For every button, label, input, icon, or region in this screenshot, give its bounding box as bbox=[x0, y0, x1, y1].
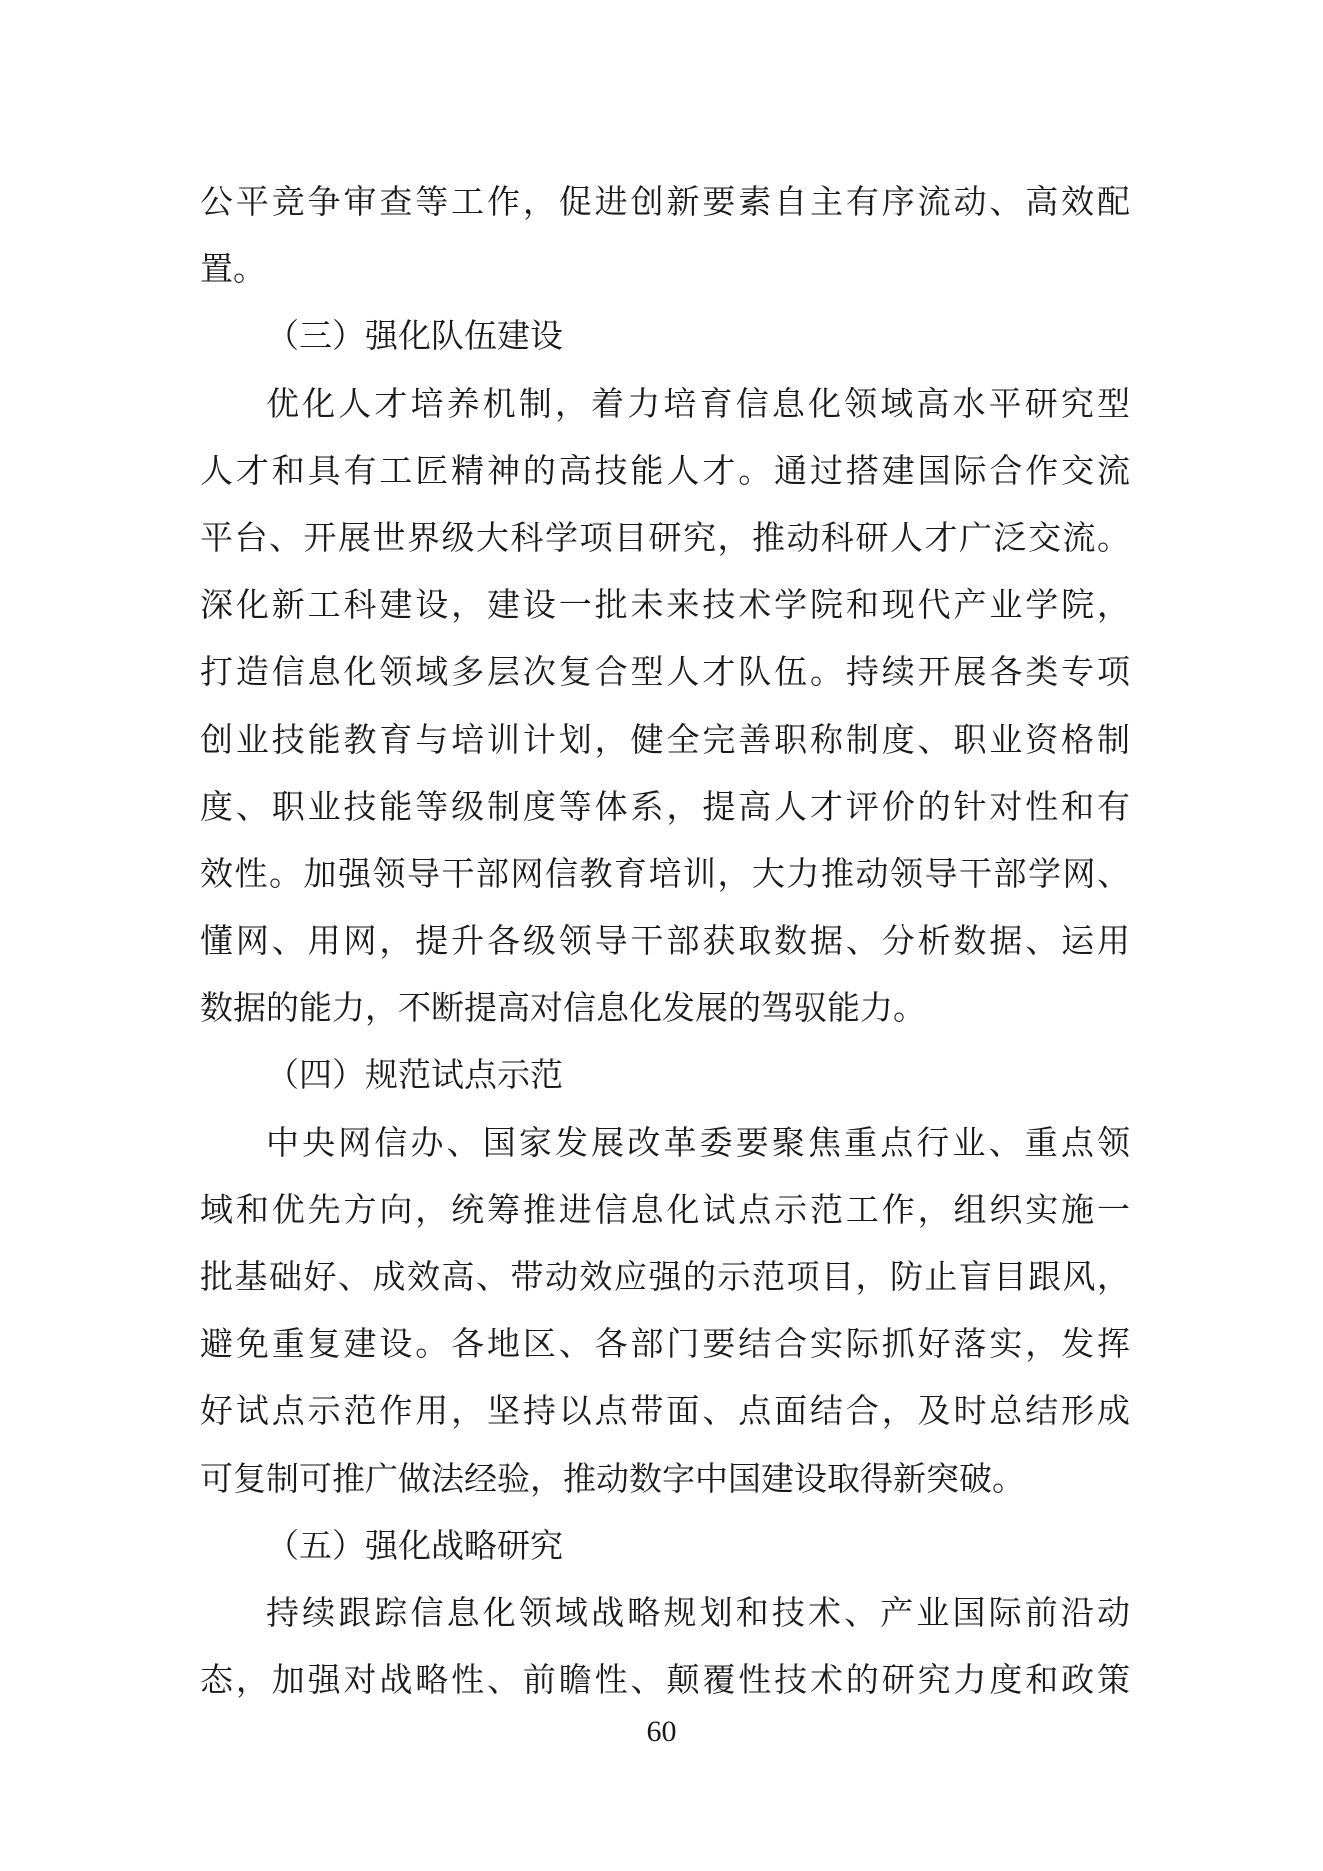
document-page: 公平竞争审查等工作，促进创新要素自主有序流动、高效配 置。 （三）强化队伍建设 … bbox=[200, 168, 1130, 1713]
paragraph-line: 数据的能力，不断提高对信息化发展的驾驭能力。 bbox=[200, 974, 1130, 1041]
paragraph-line: 度、职业技能等级制度等体系，提高人才评价的针对性和有 bbox=[200, 773, 1130, 840]
paragraph-line: 效性。加强领导干部网信教育培训，大力推动领导干部学网、 bbox=[200, 840, 1130, 907]
paragraph-line: 态，加强对战略性、前瞻性、颠覆性技术的研究力度和政策 bbox=[200, 1646, 1130, 1713]
section-heading-5: （五）强化战略研究 bbox=[200, 1512, 1130, 1579]
paragraph-line: 人才和具有工匠精神的高技能人才。通过搭建国际合作交流 bbox=[200, 437, 1130, 504]
paragraph-line: 好试点示范作用，坚持以点带面、点面结合，及时总结形成 bbox=[200, 1377, 1130, 1444]
paragraph-line: 打造信息化领域多层次复合型人才队伍。持续开展各类专项 bbox=[200, 638, 1130, 705]
section-heading-4: （四）规范试点示范 bbox=[200, 1041, 1130, 1108]
paragraph-line: 避免重复建设。各地区、各部门要结合实际抓好落实，发挥 bbox=[200, 1310, 1130, 1377]
section-heading-3: （三）强化队伍建设 bbox=[200, 302, 1130, 369]
paragraph-line: 中央网信办、国家发展改革委要聚焦重点行业、重点领 bbox=[200, 1109, 1130, 1176]
page-number: 60 bbox=[0, 1715, 1323, 1749]
paragraph-line: 持续跟踪信息化领域战略规划和技术、产业国际前沿动 bbox=[200, 1579, 1130, 1646]
paragraph-line: 批基础好、成效高、带动效应强的示范项目，防止盲目跟风， bbox=[200, 1243, 1130, 1310]
paragraph-line: 平台、开展世界级大科学项目研究，推动科研人才广泛交流。 bbox=[200, 504, 1130, 571]
paragraph-line: 深化新工科建设，建设一批未来技术学院和现代产业学院， bbox=[200, 571, 1130, 638]
paragraph-line: 可复制可推广做法经验，推动数字中国建设取得新突破。 bbox=[200, 1445, 1130, 1512]
paragraph-line: 懂网、用网，提升各级领导干部获取数据、分析数据、运用 bbox=[200, 907, 1130, 974]
paragraph-line: 优化人才培养机制，着力培育信息化领域高水平研究型 bbox=[200, 370, 1130, 437]
paragraph-line: 置。 bbox=[200, 235, 1130, 302]
paragraph-line: 域和优先方向，统筹推进信息化试点示范工作，组织实施一 bbox=[200, 1176, 1130, 1243]
paragraph-line: 创业技能教育与培训计划，健全完善职称制度、职业资格制 bbox=[200, 706, 1130, 773]
paragraph-line: 公平竞争审查等工作，促进创新要素自主有序流动、高效配 bbox=[200, 168, 1130, 235]
